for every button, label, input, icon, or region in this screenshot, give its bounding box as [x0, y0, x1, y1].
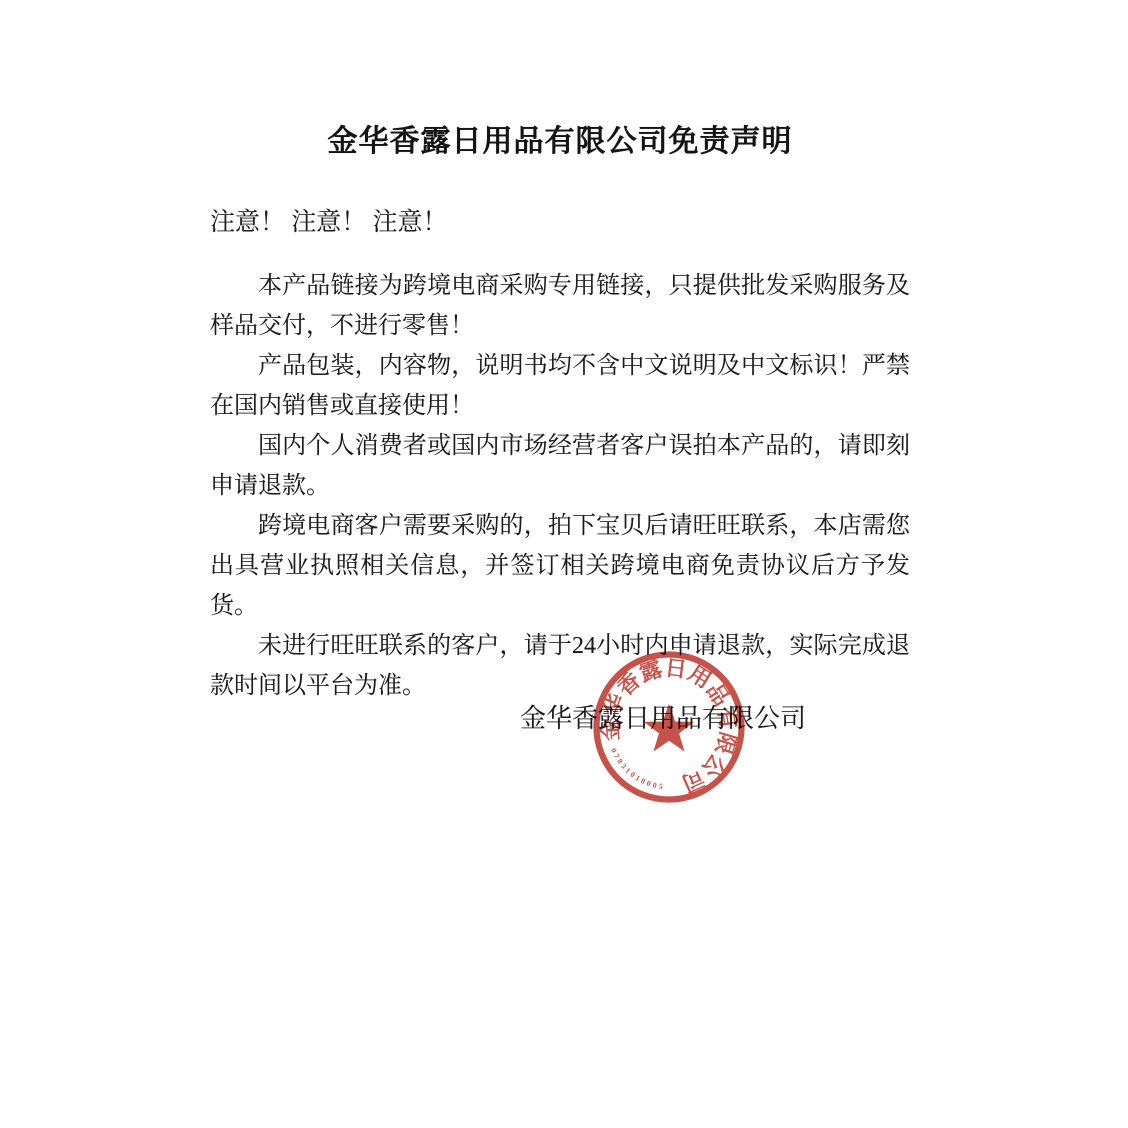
paragraph-1: 本产品链接为跨境电商采购专用链接，只提供批发采购服务及样品交付，不进行零售！ [210, 266, 910, 346]
document-body: 本产品链接为跨境电商采购专用链接，只提供批发采购服务及样品交付，不进行零售！ 产… [210, 266, 910, 706]
paragraph-5: 未进行旺旺联系的客户，请于24小时内申请退款，实际完成退款时间以平台为准。 [210, 626, 910, 706]
paragraph-3: 国内个人消费者或国内市场经营者客户误拍本产品的，请即刻申请退款。 [210, 426, 910, 506]
paragraph-2: 产品包装，内容物，说明书均不含中文说明及中文标识！严禁在国内销售或直接使用！ [210, 346, 910, 426]
seal-serial-number: 07831018005 [609, 747, 666, 791]
seal-serial-number-text: 07831018005 [609, 747, 666, 791]
page-title: 金华香露日用品有限公司免责声明 [210, 122, 910, 162]
paragraph-4: 跨境电商客户需要采购的，拍下宝贝后请旺旺联系，本店需您出具营业执照相关信息，并签… [210, 506, 910, 626]
disclaimer-document: 金华香露日用品有限公司免责声明 注意！ 注意！ 注意！ 本产品链接为跨境电商采购… [210, 122, 910, 739]
document-page: 金华香露日用品有限公司免责声明 注意！ 注意！ 注意！ 本产品链接为跨境电商采购… [0, 0, 1128, 1128]
notice-line: 注意！ 注意！ 注意！ [210, 208, 910, 238]
